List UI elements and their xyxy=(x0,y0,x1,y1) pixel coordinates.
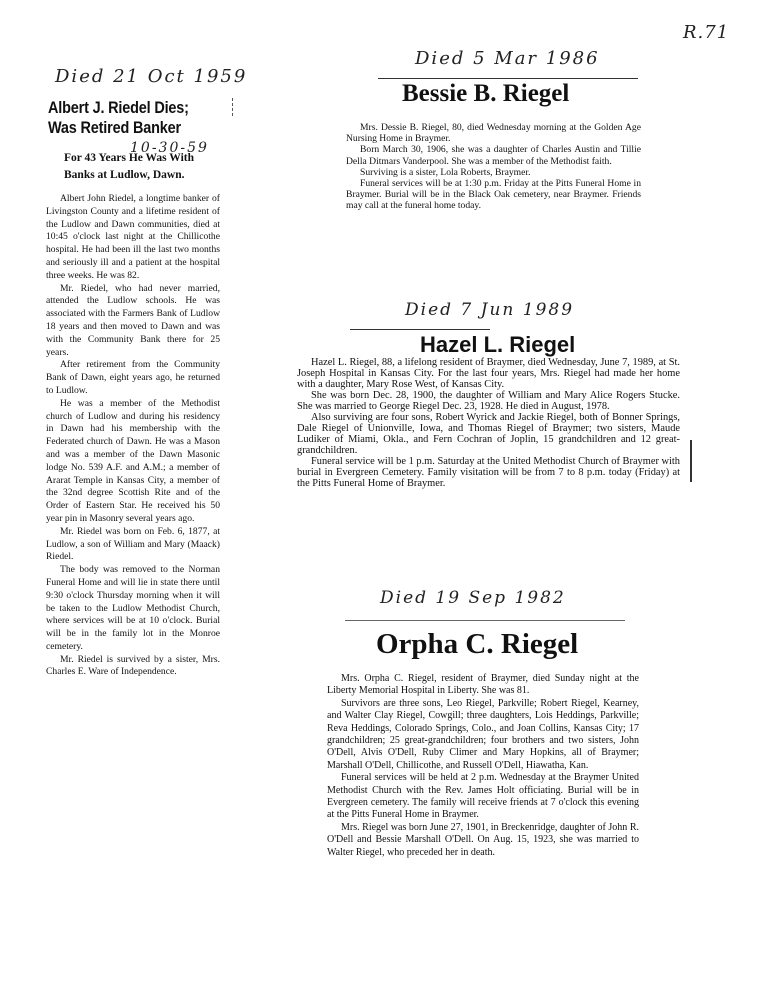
paragraph: Survivors are three sons, Leo Riegel, Pa… xyxy=(327,698,639,772)
paragraph: Funeral services will be at 1:30 p.m. Fr… xyxy=(346,178,641,212)
handwritten-death-date: Died 19 Sep 1982 xyxy=(380,588,566,608)
subheadline-line-1: For 43 Years He Was With xyxy=(64,150,244,167)
paragraph: Mrs. Dessie B. Riegel, 80, died Wednesda… xyxy=(346,122,641,144)
paragraph: She was born Dec. 28, 1900, the daughter… xyxy=(297,390,680,412)
paragraph: After retirement from the Community Bank… xyxy=(46,359,220,397)
headline: Bessie B. Riegel xyxy=(402,80,569,108)
paragraph: Mrs. Orpha C. Riegel, resident of Brayme… xyxy=(327,673,639,698)
paragraph: Hazel L. Riegel, 88, a lifelong resident… xyxy=(297,357,680,390)
paragraph: Mr. Riedel, who had never married, atten… xyxy=(46,283,220,360)
paragraph: Mr. Riedel was born on Feb. 6, 1877, at … xyxy=(46,526,220,564)
paragraph: Funeral services will be held at 2 p.m. … xyxy=(327,772,639,822)
paragraph: Albert John Riedel, a longtime banker of… xyxy=(46,193,220,283)
divider-rule xyxy=(345,620,625,621)
article-body: Hazel L. Riegel, 88, a lifelong resident… xyxy=(297,357,680,489)
divider-rule xyxy=(378,78,638,79)
paragraph: He was a member of the Methodist church … xyxy=(46,398,220,526)
paragraph: Surviving is a sister, Lola Roberts, Bra… xyxy=(346,167,641,178)
paragraph: Funeral service will be 1 p.m. Saturday … xyxy=(297,456,680,489)
paragraph: Mr. Riedel is survived by a sister, Mrs.… xyxy=(46,654,220,680)
subheadline: For 43 Years He Was With Banks at Ludlow… xyxy=(64,150,244,184)
article-body: Mrs. Dessie B. Riegel, 80, died Wednesda… xyxy=(346,122,641,212)
paragraph: Born March 30, 1906, she was a daughter … xyxy=(346,144,641,166)
headline-line-1: Albert J. Riedel Dies; xyxy=(48,98,201,118)
clipping-edge-mark xyxy=(690,440,692,482)
headline: Orpha C. Riegel xyxy=(376,628,578,661)
divider-rule xyxy=(350,329,490,330)
handwritten-death-date: Died 21 Oct 1959 xyxy=(55,66,247,87)
article-body: Albert John Riedel, a longtime banker of… xyxy=(46,193,220,679)
paragraph: The body was removed to the Norman Funer… xyxy=(46,564,220,654)
headline: Hazel L. Riegel xyxy=(420,332,575,358)
subheadline-line-2: Banks at Ludlow, Dawn. xyxy=(64,167,244,184)
headline: Albert J. Riedel Dies; Was Retired Banke… xyxy=(48,98,201,138)
headline-line-2: Was Retired Banker xyxy=(48,118,201,138)
paragraph: Mrs. Riegel was born June 27, 1901, in B… xyxy=(327,822,639,859)
article-body: Mrs. Orpha C. Riegel, resident of Brayme… xyxy=(327,673,639,859)
handwritten-death-date: Died 5 Mar 1986 xyxy=(415,48,600,69)
handwritten-death-date: Died 7 Jun 1989 xyxy=(405,300,574,320)
clipping-edge-mark xyxy=(232,98,234,116)
paragraph: Also surviving are four sons, Robert Wyr… xyxy=(297,412,680,456)
page-note-handwritten: R.71 xyxy=(683,22,729,43)
